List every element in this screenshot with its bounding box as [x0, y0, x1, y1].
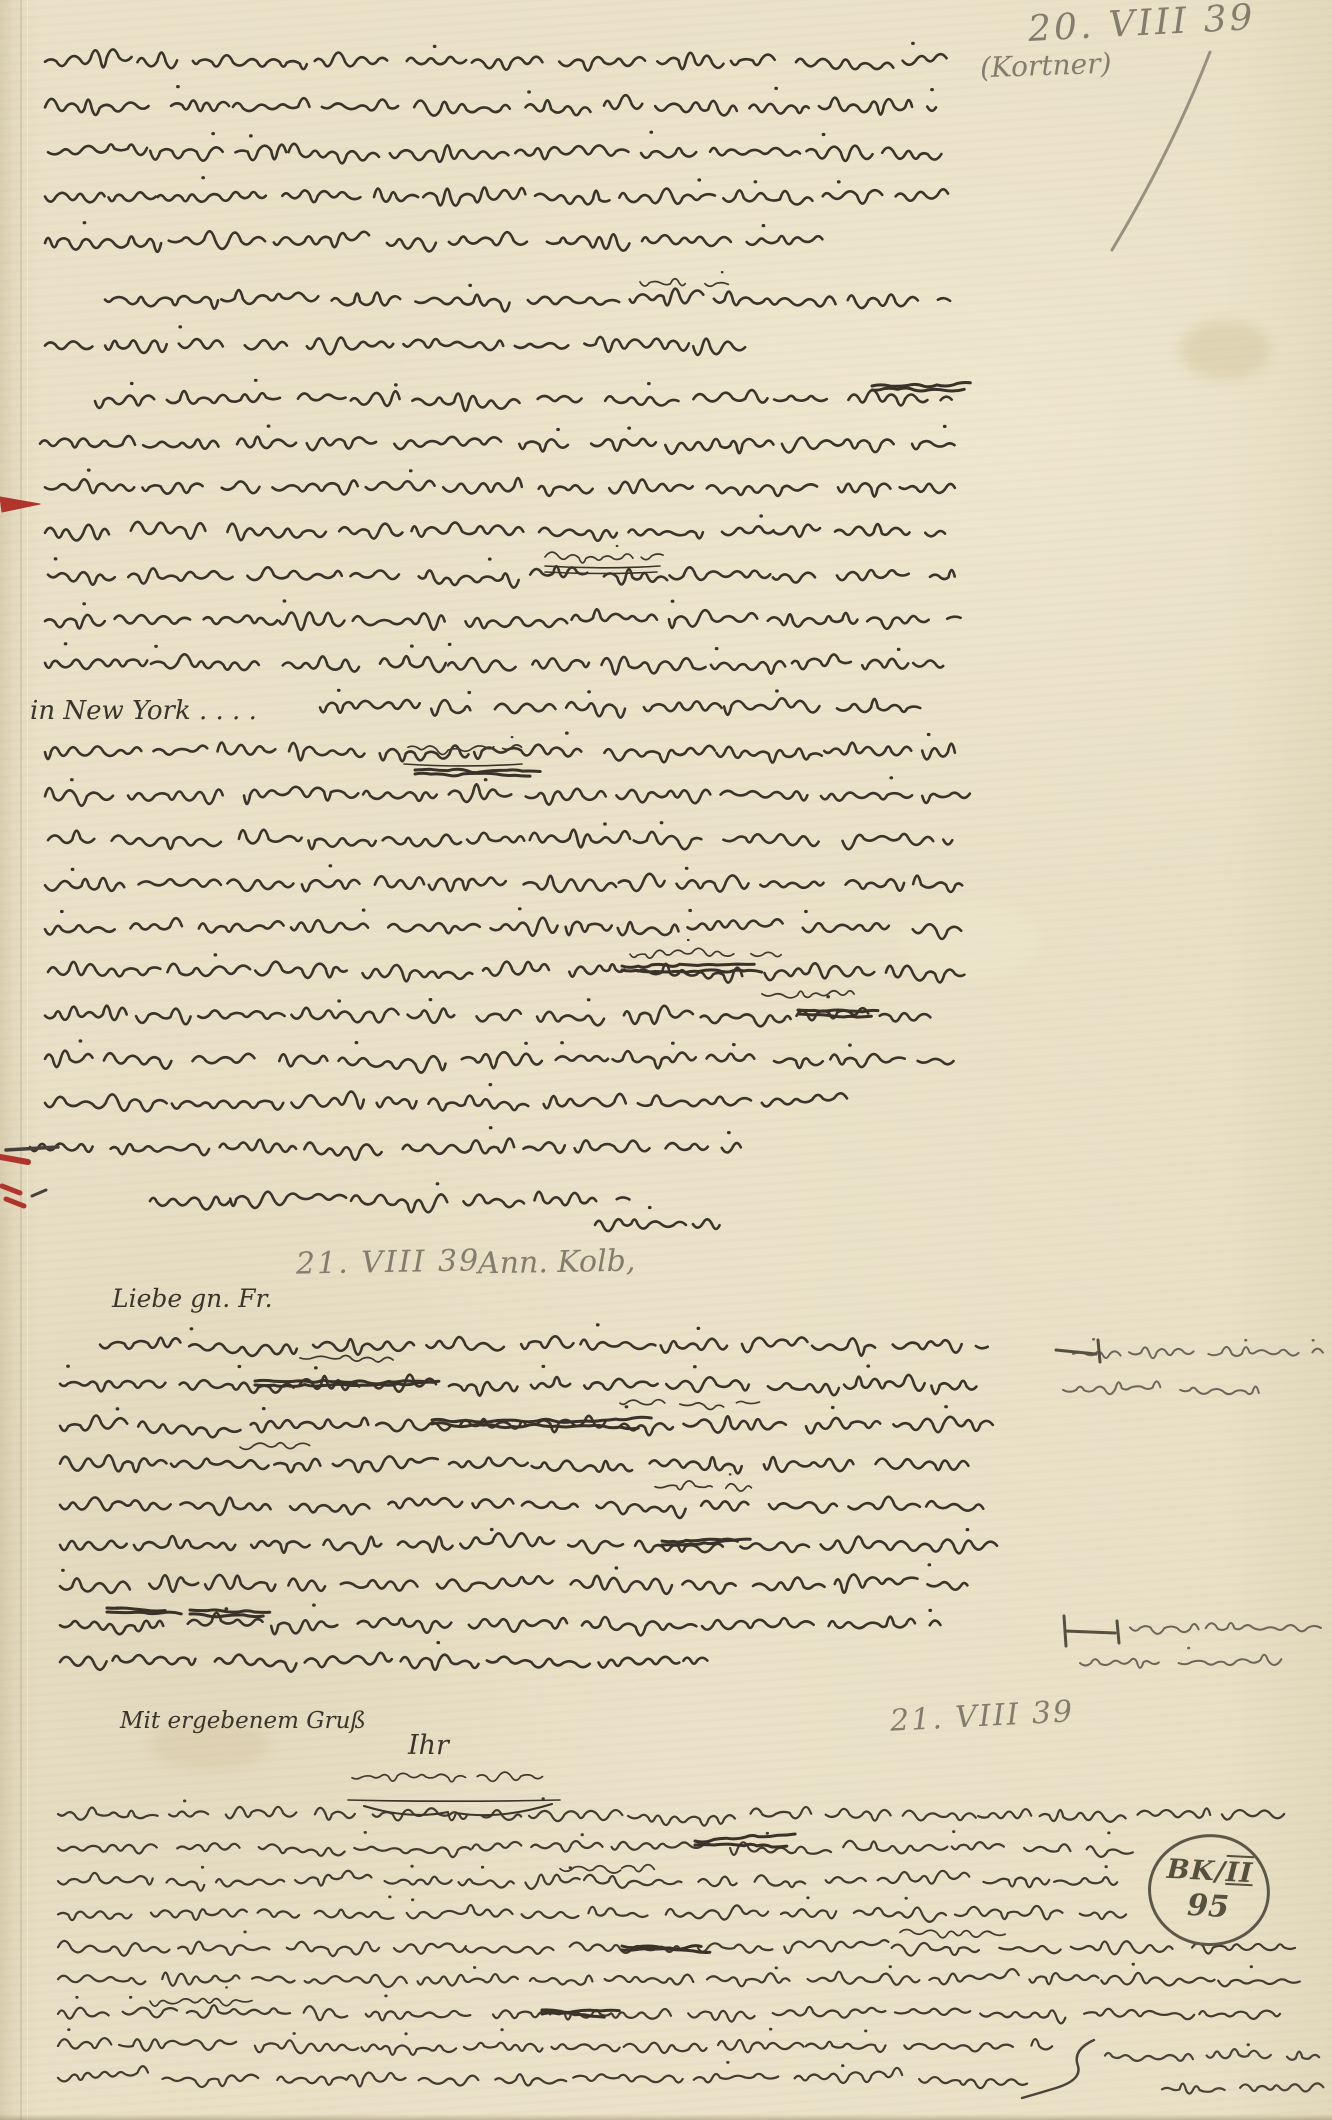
archival-name-top: (Kortner) — [980, 50, 1112, 83]
archival-name-letter2: Ann. Kolb, — [478, 1247, 636, 1280]
handwriting-strokes — [0, 0, 1332, 2120]
page-bottom-edge — [0, 2114, 1332, 2120]
letter2-signature: Ihr — [408, 1732, 449, 1759]
archive-stamp-signature: BK/II — [1166, 1854, 1254, 1889]
legible-fragment-new-york: in New York . . . . — [30, 698, 257, 724]
letter2-salutation: Liebe gn. Fr. — [112, 1286, 273, 1311]
letter2-closing: Mit ergebenem Gruß — [120, 1710, 366, 1733]
archival-date-letter2: 21. VIII 39 — [296, 1246, 481, 1279]
manuscript-page: 20. VIII 39 (Kortner) in New York . . . … — [0, 0, 1332, 2120]
archive-stamp-number: 95 — [1186, 1888, 1230, 1925]
